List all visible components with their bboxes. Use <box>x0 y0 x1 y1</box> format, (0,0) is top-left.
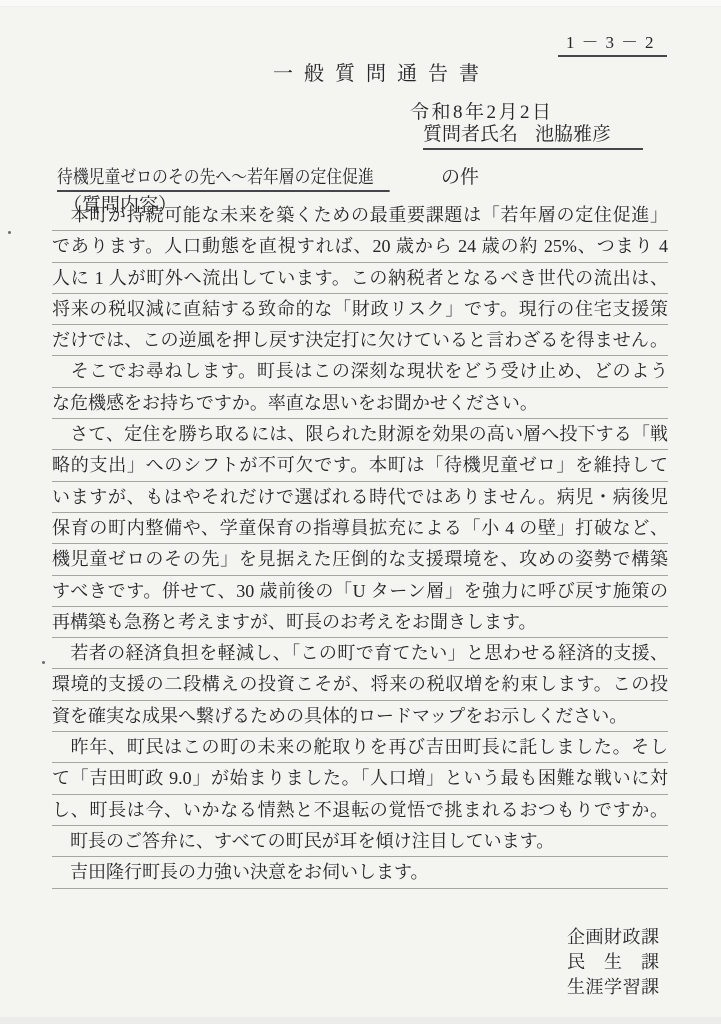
body-line: な危機感をお持ちですか。率直な思いをお聞かせください。 <box>52 388 668 419</box>
department-name: 企画財政課 <box>567 925 660 950</box>
subject-title: 待機児童ゼロのその先へ～若年層の定住促進 <box>57 163 390 192</box>
questioner-name: 池脇雅彦 <box>535 124 611 145</box>
department-name: 民 生 課 <box>567 950 660 975</box>
body-line: であります。人口動態を直視すれば、20 歳から 24 歳の約 25%、つまり 4 <box>52 231 668 262</box>
responding-departments: 企画財政課 民 生 課 生涯学習課 <box>567 925 660 1000</box>
body-line: すべきです。併せて、30 歳前後の「U ターン層」を強力に呼び戻す施策の <box>52 576 668 607</box>
scan-speck <box>42 661 45 664</box>
question-body: 本町が持続可能な未来を築くための最重要課題は「若年層の定住促進」 であります。人… <box>52 200 668 889</box>
scan-edge-bottom <box>0 1017 721 1024</box>
subject-line: 待機児童ゼロのその先へ～若年層の定住促進の件 <box>57 162 479 192</box>
body-line: 再構築も急務と考えますが、町長のお考えをお聞きします。 <box>52 607 668 638</box>
body-line: いますが、もはやそれだけで選ばれる時代ではありません。病児・病後児 <box>52 482 668 513</box>
body-line: し、町長は今、いかなる情熱と不退転の覚悟で挑まれるおつもりですか。 <box>52 795 668 826</box>
subject-suffix: の件 <box>441 167 479 188</box>
document-title: 一般質問通告書 <box>273 57 490 86</box>
body-line: 若者の経済負担を軽減し、「この町で育てたい」と思わせる経済的支援、 <box>52 638 668 669</box>
body-line: 吉田隆行町長の力強い決意をお伺いします。 <box>52 857 668 888</box>
body-line: て「吉田町政 9.0」が始まりました。「人口増」という最も困難な戦いに対 <box>52 763 668 794</box>
body-line: 昨年、町民はこの町の未来の舵取りを再び吉田町長に託しました。そし <box>52 732 668 763</box>
scan-speck <box>8 231 11 234</box>
body-line: 環境的支援の二段構えの投資こそが、将来の税収増を約束します。この投 <box>52 669 668 700</box>
body-line: さて、定住を勝ち取るには、限られた財源を効果の高い層へ投下する「戦 <box>52 419 668 450</box>
questioner-label: 質問者氏名 <box>423 124 518 145</box>
body-line: そこでお尋ねします。町長はこの深刻な現状をどう受け止め、どのよう <box>52 356 668 387</box>
department-name: 生涯学習課 <box>567 975 660 1000</box>
body-line: 機児童ゼロのその先」を見据えた圧倒的な支援環境を、攻めの姿勢で構築 <box>52 544 668 575</box>
body-line: 町長のご答弁に、すべての町民が耳を傾け注目しています。 <box>52 826 668 857</box>
questioner-line: 質問者氏名池脇雅彦 <box>423 119 643 150</box>
scan-edge-top <box>0 0 721 7</box>
body-line: 略的支出」へのシフトが不可欠です。本町は「待機児童ゼロ」を維持して <box>52 450 668 481</box>
body-line: だけでは、この逆風を押し戻す決定打に欠けていると言わざるを得ません。 <box>52 325 668 356</box>
body-line: 人に 1 人が町外へ流出しています。この納税者となるべき世代の流出は、 <box>52 263 668 294</box>
scanned-document-page: 1－3－2 一般質問通告書 令和8年2月2日 質問者氏名池脇雅彦 待機児童ゼロの… <box>0 0 721 1024</box>
body-line: 本町が持続可能な未来を築くための最重要課題は「若年層の定住促進」 <box>52 200 668 231</box>
body-line: 資を確実な成果へ繋げるための具体的ロードマップをお示しください。 <box>52 701 668 732</box>
body-line: 保育の町内整備や、学童保育の指導員拡充による「小 4 の壁」打破など、「待 <box>52 513 668 544</box>
body-line: 将来の税収減に直結する致命的な「財政リスク」です。現行の住宅支援策 <box>52 294 668 325</box>
document-number: 1－3－2 <box>558 28 667 57</box>
